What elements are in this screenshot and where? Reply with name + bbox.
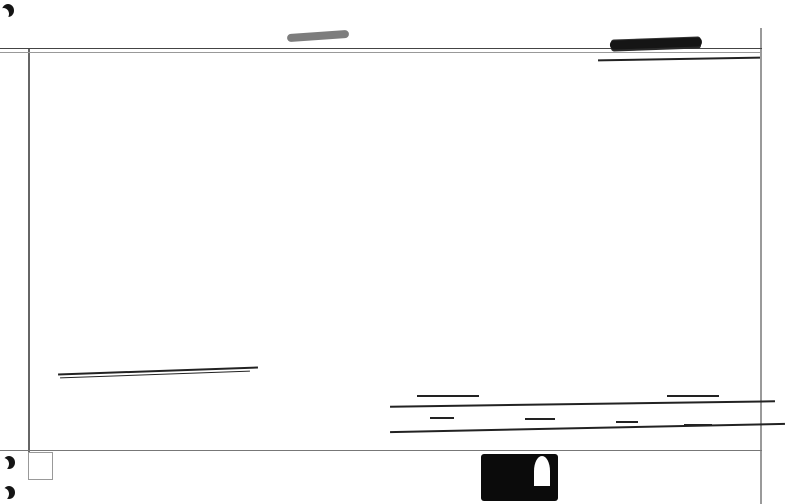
field-rule-1: [390, 400, 775, 407]
corner-punch-hole-icon: [2, 4, 15, 18]
de-dash: [430, 417, 454, 419]
punch-hole-icon: [3, 456, 16, 470]
strike-line: [598, 57, 760, 61]
corner-cell: [28, 452, 53, 480]
fd-blank-line: [417, 395, 479, 397]
handwriting-public-crossed-out: [604, 36, 702, 54]
ld-dash: [616, 421, 638, 423]
bottom-edge-punch-strip: [55, 452, 757, 502]
unisort-analysis-card-scan: [0, 0, 800, 504]
punch-hole-icon: [3, 486, 16, 500]
sz-dash: [525, 418, 555, 420]
field-rule-2: [390, 423, 785, 433]
ink-blot: [481, 454, 558, 501]
left-edge-number-column: [28, 48, 53, 452]
bottom-rule: [0, 450, 762, 453]
scribbled-out-word: [610, 37, 702, 49]
card-right-edge: [760, 28, 762, 504]
left-edge-punch-marks: [2, 48, 26, 452]
ce-blank-line: [667, 395, 719, 397]
